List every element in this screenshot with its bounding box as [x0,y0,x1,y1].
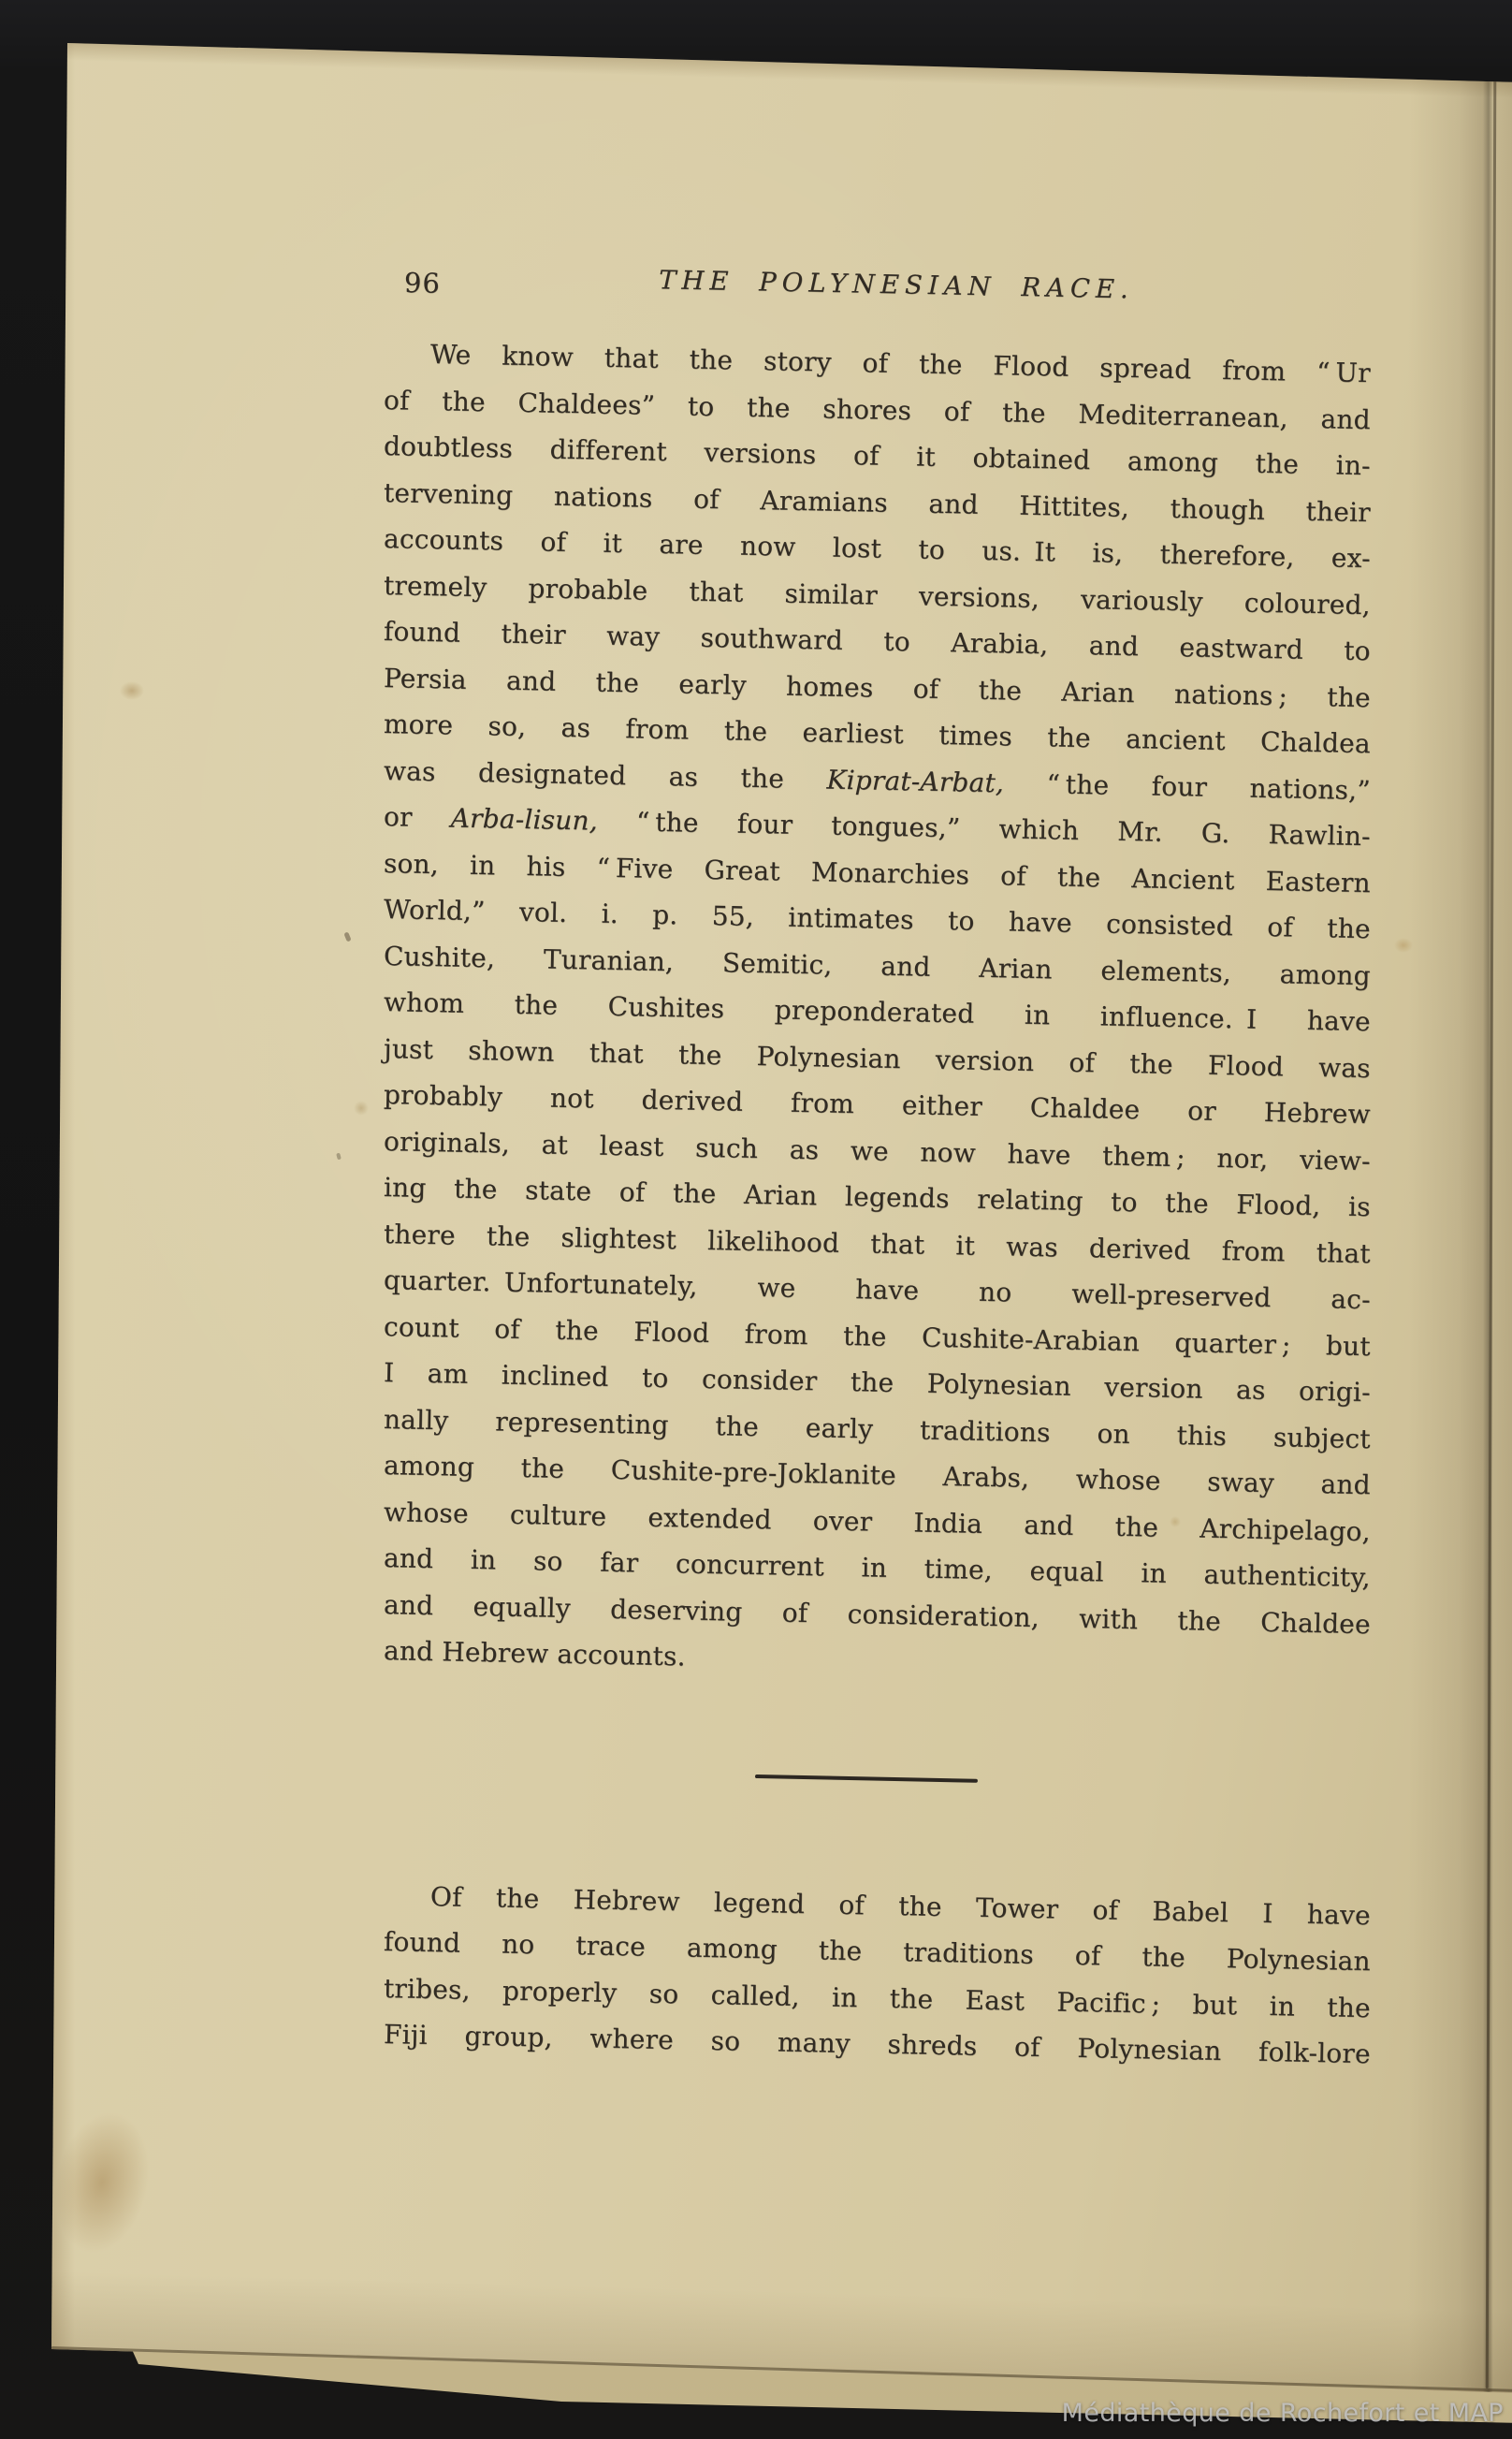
text-column: We know that the story of the Flood spre… [384,330,1371,2058]
paragraph: We know that the story of the Flood spre… [384,330,1371,1674]
page-number: 96 [404,270,441,298]
printed-text-layer: 96 THE POLYNESIAN RACE. We know that the… [0,0,1512,2439]
scanned-book-photo: 96 THE POLYNESIAN RACE. We know that the… [0,0,1512,2439]
italic-text-segment: Kiprat-Arbat, [826,764,1004,798]
text-segment: or [384,801,451,833]
running-head: THE POLYNESIAN RACE. [648,268,1144,303]
text-segment: “ the four tongues,” which Mr. G. Rawlin… [598,806,1372,853]
text-segment: was designated as the [384,755,827,795]
text-segment: “ the four nations,” [1004,767,1371,806]
italic-text-segment: Arba-lisun, [450,802,598,836]
section-divider [755,1774,978,1783]
paragraph: Of the Hebrew legend of the Tower of Bab… [384,1873,1371,2058]
text-segment: and Hebrew accounts. [384,1635,686,1672]
watermark-text: Médiathèque de Rochefort et MAP [1062,2399,1504,2428]
